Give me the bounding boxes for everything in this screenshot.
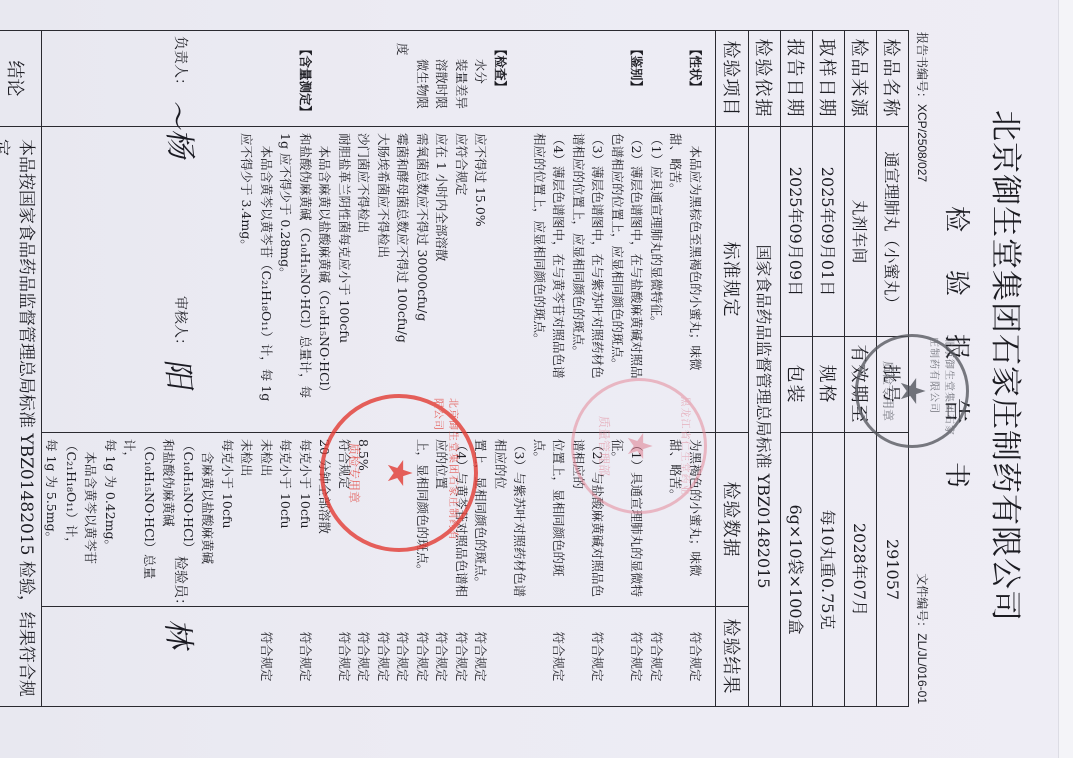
text-line: [666, 613, 686, 700]
text-line: [491, 613, 511, 700]
result-column: 符合规定 符合规定符合规定 符合规定 符合规定 符合规定符合规定符合规定符合规定…: [42, 607, 716, 707]
text-line: 上，显相同颜色的斑点。: [413, 439, 433, 600]
text-line: [569, 43, 589, 120]
text-line: （3）与紫苏叶对照药材色谱相应的位: [491, 439, 530, 600]
text-line: [647, 439, 667, 600]
text-line: 【检查】: [491, 43, 511, 120]
text-line: （2）与盐酸麻黄碱对照品色谱相应的: [569, 439, 608, 600]
row-conclusion: 结论 本品按国家食品药品监督管理总局标准 YBZ01482015 检验，结果符合…: [0, 31, 42, 707]
product-name-label: 检品名称: [877, 31, 909, 127]
row-basis: 检验依据 国家食品药品监督管理总局标准 YBZ01482015: [749, 31, 781, 707]
text-line: [588, 43, 608, 120]
text-line: 需氧菌总数应不得过 30000cfu/g: [413, 133, 433, 426]
text-line: 色谱相应的位置上，应显相同颜色的斑点。: [608, 133, 628, 426]
header-data: 检验数据: [716, 433, 749, 607]
text-line: 符合规定: [413, 613, 433, 700]
text-line: 符合规定: [588, 613, 608, 700]
expiry-label: 有效期至: [845, 337, 877, 433]
product-name-value: 通宣理肺丸（小蜜丸）: [877, 127, 909, 337]
text-line: [393, 439, 413, 600]
text-line: 每克小于 10cfu: [276, 439, 296, 600]
text-line: 符合规定: [471, 613, 491, 700]
text-line: 符合规定: [374, 613, 394, 700]
inspector-signature: 检验员：林: [167, 556, 211, 648]
text-line: [315, 613, 335, 700]
package-value: 6g×10袋×100盒: [781, 433, 813, 707]
text-line: 8.5%: [354, 439, 374, 600]
text-line: 符合规定: [452, 613, 472, 700]
row-column-headers: 检验项目 标准规定 检验数据 检验结果: [716, 31, 749, 707]
text-line: 每 1g 为 5.5mg。: [42, 439, 62, 600]
items-column: 【性状】 【鉴别】 【检查】 水分 装量差异 溶散时限 微生物限度 【含量测定】: [42, 31, 716, 127]
text-line: 【鉴别】: [627, 43, 647, 120]
row-source: 检品来源 丸剂车间 有效期至 2028年07月: [845, 31, 877, 707]
row-report-date: 报告日期 2025年09月09日 包装 6g×10袋×100盒: [781, 31, 813, 707]
text-line: 20 分钟全部溶散: [315, 439, 335, 600]
text-line: [608, 613, 628, 700]
text-line: [237, 613, 257, 700]
signature-mark: 阳: [158, 356, 205, 390]
text-line: [374, 439, 394, 600]
spec-label: 规格: [813, 337, 845, 433]
header-standard: 标准规定: [716, 127, 749, 433]
text-line: 本品含黄芩以黄芩苷（C₂₁H₁₈O₁₁）计，: [62, 439, 101, 600]
text-line: [510, 613, 530, 700]
text-line: 符合规定: [432, 613, 452, 700]
text-line: 每 1g 为 0.42mg。: [101, 439, 121, 600]
text-line: 1g 应不得少于 0.28mg。: [276, 133, 296, 426]
text-line: （3）薄层色谱图中，在与紫苏叶对照药材色: [588, 133, 608, 426]
row-sampling: 取样日期 2025年09月01日 规格 每10丸重0.75克: [813, 31, 845, 707]
text-line: 应不得少于 3.4mg。: [237, 133, 257, 426]
text-line: 【含量测定】: [296, 43, 316, 120]
text-line: 耐胆盐革兰阴性菌每克应小于 100cfu: [335, 133, 355, 426]
text-line: 应在 1 小时内全部溶散: [432, 133, 452, 426]
text-line: 溶散时限: [432, 43, 452, 120]
text-line: 本品应为黑棕色至黑褐色的小蜜丸；味微: [686, 133, 706, 426]
text-line: 谱相应的位置上，应显相同颜色的斑点。: [569, 133, 589, 426]
text-line: [335, 43, 355, 120]
text-line: [491, 133, 511, 426]
text-line: 沙门菌应不得检出: [354, 133, 374, 426]
text-line: [510, 43, 530, 120]
text-line: （4）薄层色谱图中，在与黄芩苷对照品色谱: [549, 133, 569, 426]
text-line: 相应的位置上，应显相同颜色的斑点。: [530, 133, 550, 426]
text-line: 本品含黄芩以黄芩苷（C₂₁H₁₈O₁₁）计，每 1g: [257, 133, 277, 426]
text-line: 本品含麻黄以盐酸麻黄碱（C₁₀H₁₅NO·HCl）: [315, 133, 335, 426]
text-line: 霉菌和酵母菌总数应不得过 100cfu/g: [393, 133, 413, 426]
text-line: 应不得过 15.0%: [471, 133, 491, 426]
text-line: [315, 43, 335, 120]
scan-edge: [1058, 0, 1073, 758]
text-line: （1）具通宣理肺丸的显微特征。: [608, 439, 647, 600]
package-label: 包装: [781, 337, 813, 433]
source-label: 检品来源: [845, 31, 877, 127]
text-line: 甜、略苦。: [666, 133, 686, 426]
text-line: 符合规定: [257, 613, 277, 700]
header-result: 检验结果: [716, 607, 749, 707]
text-line: 符合规定: [335, 439, 355, 600]
standard-column: 本品应为黑棕色至黑褐色的小蜜丸；味微甜、略苦。（1）应具通宣理肺丸的显微特征。（…: [42, 127, 716, 433]
text-line: [530, 613, 550, 700]
text-line: 符合规定: [647, 613, 667, 700]
text-line: 未检出: [237, 439, 257, 600]
text-line: 符合规定: [627, 613, 647, 700]
company-name: 北京御生堂集团石家庄制药有限公司: [986, 16, 1031, 716]
text-line: [666, 43, 686, 120]
text-line: 位置上，显相同颜色的斑点。: [530, 439, 569, 600]
text-line: 置上，显相同颜色的斑点。: [471, 439, 491, 600]
text-line: [374, 43, 394, 120]
text-line: 符合规定: [686, 613, 706, 700]
text-line: 应符合规定: [452, 133, 472, 426]
responsible-signature: 负责人：〜杨: [167, 36, 211, 158]
text-line: 和盐酸伪麻黄碱（C₁₀H₁₅NO·HCl）总量计，每: [296, 133, 316, 426]
report-date-value: 2025年09月09日: [781, 127, 813, 337]
text-line: 每克小于 10cfu: [218, 439, 238, 600]
text-line: 为黑褐色的小蜜丸；味微甜、略苦。: [666, 439, 705, 600]
text-line: [530, 43, 550, 120]
text-line: 未检出: [257, 439, 277, 600]
text-line: 【性状】: [686, 43, 706, 120]
source-value: 丸剂车间: [845, 127, 877, 337]
batch-value: 291057: [877, 433, 909, 707]
text-line: [354, 43, 374, 120]
text-line: 大肠埃希菌应不得检出: [374, 133, 394, 426]
text-line: [608, 43, 628, 120]
sampling-date-value: 2025年09月01日: [813, 127, 845, 337]
signature-mark: 林: [158, 616, 205, 650]
report-table: 检品名称 通宣理肺丸（小蜜丸） 批号 291057 检品来源 丸剂车间 有效期至…: [0, 30, 909, 707]
reviewer-signature: 审核人：阳: [167, 296, 211, 388]
text-line: （2）薄层色谱图中，在与盐酸麻黄碱对照品: [627, 133, 647, 426]
signature-mark: 〜杨: [156, 96, 206, 160]
text-line: 符合规定: [393, 613, 413, 700]
text-line: （4）与黄芩苷对照品色谱相应的位置: [432, 439, 471, 600]
text-line: 微生物限度: [393, 43, 432, 120]
text-line: [549, 43, 569, 120]
text-line: [647, 43, 667, 120]
inspection-report-page: 北京御生堂集团石家庄制药有限公司 检验报告书 报告书编号：XCP/2508/02…: [83, 16, 1043, 716]
text-line: 符合规定: [354, 613, 374, 700]
row-body: 【性状】 【鉴别】 【检查】 水分 装量差异 溶散时限 微生物限度 【含量测定】…: [42, 31, 716, 707]
basis-value: 国家食品药品监督管理总局标准 YBZ01482015: [749, 127, 781, 707]
sampling-date-label: 取样日期: [813, 31, 845, 127]
text-line: [276, 613, 296, 700]
data-column: 为黑褐色的小蜜丸；味微甜、略苦。 （1）具通宣理肺丸的显微特征。（2）与盐酸麻黄…: [42, 433, 716, 607]
file-number: 文件编号：ZL/JL/016-01: [914, 573, 931, 704]
batch-label: 批号: [877, 337, 909, 433]
header-items: 检验项目: [716, 31, 749, 127]
expiry-value: 2028年07月: [845, 433, 877, 707]
text-line: 装量差异: [452, 43, 472, 120]
conclusion-label: 结论: [0, 31, 42, 127]
report-number: 报告书编号：XCP/2508/027: [914, 32, 931, 182]
document-title: 检验报告书: [940, 16, 977, 716]
row-product: 检品名称 通宣理肺丸（小蜜丸） 批号 291057: [877, 31, 909, 707]
report-date-label: 报告日期: [781, 31, 813, 127]
text-line: 符合规定: [335, 613, 355, 700]
text-line: 符合规定: [296, 613, 316, 700]
basis-label: 检验依据: [749, 31, 781, 127]
conclusion-text: 本品按国家食品药品监督管理总局标准 YBZ01482015 检验，结果符合规定。: [0, 127, 42, 707]
text-line: 符合规定: [549, 613, 569, 700]
spec-value: 每10丸重0.75克: [813, 433, 845, 707]
text-line: [569, 613, 589, 700]
text-line: （1）应具通宣理肺丸的显微特征。: [647, 133, 667, 426]
text-line: 水分: [471, 43, 491, 120]
text-line: 每克小于 10cfu: [296, 439, 316, 600]
text-line: [510, 133, 530, 426]
